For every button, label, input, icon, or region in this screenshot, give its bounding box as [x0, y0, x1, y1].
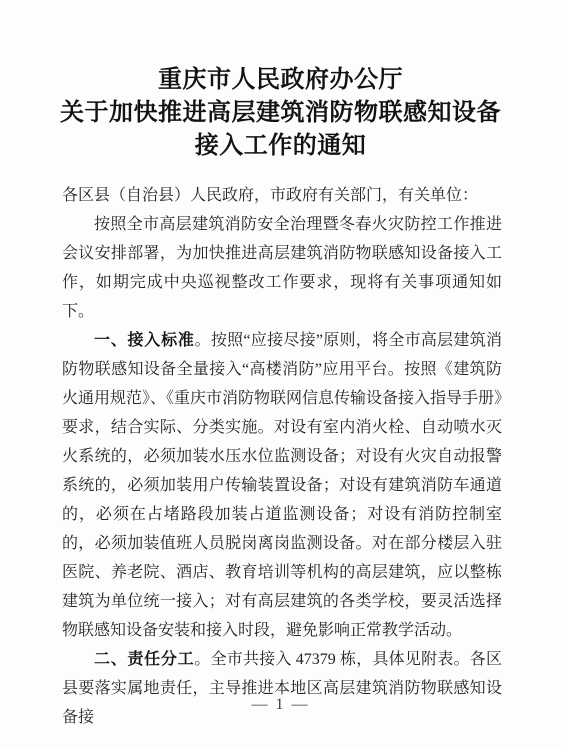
section-2-heading: 二、责任分工 — [94, 651, 194, 668]
document-page: 重庆市人民政府办公厅 关于加快推进高层建筑消防物联感知设备 接入工作的通知 各区… — [0, 0, 561, 748]
section-1-heading: 一、接入标准 — [94, 332, 195, 349]
salutation: 各区县（自治县）人民政府，市政府有关部门，有关单位： — [62, 181, 502, 210]
paragraph-intro-text: 按照全市高层建筑消防安全治理暨冬春火灾防控工作推进会议安排部署，为加快推进高层建… — [62, 216, 502, 320]
document-body: 各区县（自治县）人民政府，市政府有关部门，有关单位： 按照全市高层建筑消防安全治… — [62, 181, 502, 732]
section-1-text: 。按照“应接尽接”原则，将全市高层建筑消防物联感知设备全量接入“高楼消防”应用平… — [62, 332, 502, 639]
title-line-1: 重庆市人民政府办公厅 — [30, 64, 531, 97]
paragraph-section-2: 二、责任分工。全市共接入 47379 栋，具体见附表。各区县要落实属地责任，主导… — [62, 645, 502, 732]
title-line-3: 接入工作的通知 — [30, 130, 531, 163]
title-line-2: 关于加快推进高层建筑消防物联感知设备 — [30, 97, 531, 130]
page-number: — 1 — — [0, 696, 561, 714]
document-title: 重庆市人民政府办公厅 关于加快推进高层建筑消防物联感知设备 接入工作的通知 — [30, 64, 531, 163]
paragraph-intro: 按照全市高层建筑消防安全治理暨冬春火灾防控工作推进会议安排部署，为加快推进高层建… — [62, 210, 502, 326]
paragraph-section-1: 一、接入标准。按照“应接尽接”原则，将全市高层建筑消防物联感知设备全量接入“高楼… — [62, 326, 502, 645]
